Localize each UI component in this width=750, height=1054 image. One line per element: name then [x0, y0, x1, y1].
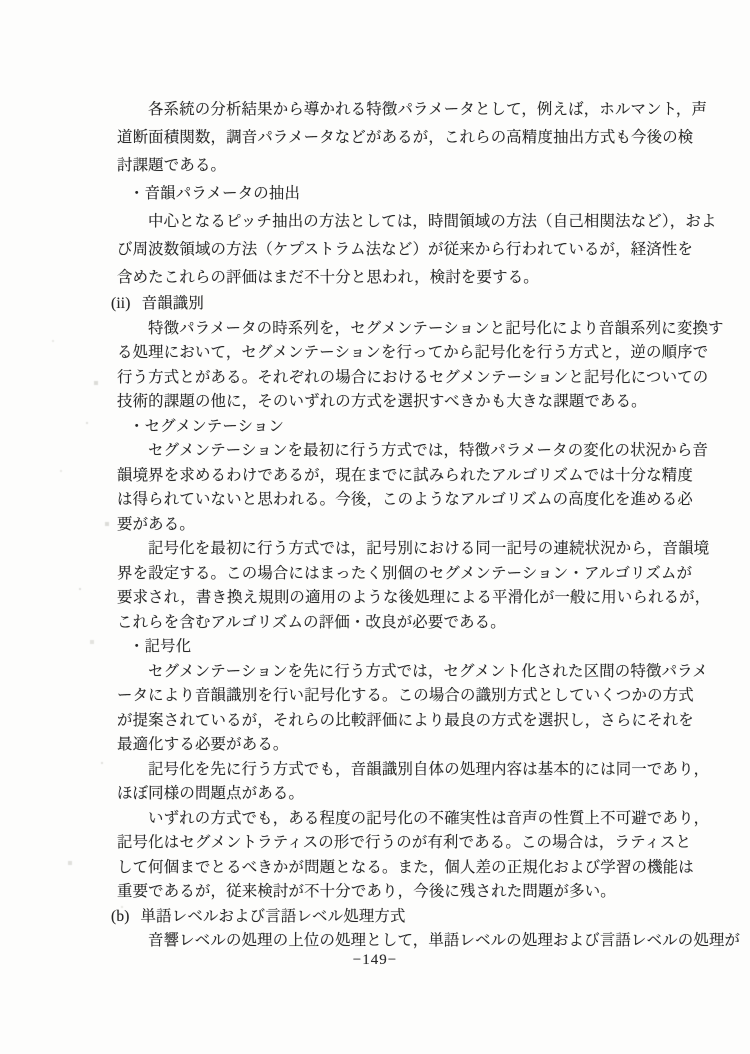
- scanned-page: 各系統の分析結果から導かれる特徴パラメータとして，例えば，ホルマント，声道断面積…: [0, 0, 750, 1054]
- text-line: 行う方式とがある。それぞれの場合におけるセグメンテーションと記号化についての: [117, 366, 717, 391]
- text-line: は得られていないと思われる。今後，このようなアルゴリズムの高度化を進める必: [117, 488, 717, 513]
- text-line: 音響レベルの処理の上位の処理として，単語レベルの処理および言語レベルの処理が: [117, 929, 717, 954]
- section-title: 音韻識別: [142, 295, 204, 312]
- text-line: 界を設定する。この場合にはまったく別個のセグメンテーション・アルゴリズムが: [117, 562, 717, 587]
- text-line: セグメンテーションを先に行う方式では，セグメント化された区間の特徴パラメ: [117, 660, 717, 685]
- text-line: ほぼ同様の問題点がある。: [117, 782, 717, 807]
- main-block: (ii)音韻識別特徴パラメータの時系列を，セグメンテーションと記号化により音韻系…: [117, 292, 717, 954]
- text-line: び周波数領域の方法（ケプストラム法など）が従来から行われているが，経済性を: [117, 236, 717, 264]
- text-line: 中心となるピッチ抽出の方法としては，時間領域の方法（自己相関法など），およ: [117, 208, 717, 236]
- text-line: 記号化はセグメントラティスの形で行うのが有利である。この場合は，ラティスと: [117, 831, 717, 856]
- text-line: ・音韻パラメータの抽出: [117, 180, 717, 208]
- section-label: (ii): [111, 295, 131, 312]
- text-line: 含めたこれらの評価はまだ不十分と思われ，検討を要する。: [117, 264, 717, 292]
- text-line: 韻境界を求めるわけであるが，現在までに試みられたアルゴリズムでは十分な精度: [117, 464, 717, 489]
- text-line: 各系統の分析結果から導かれる特徴パラメータとして，例えば，ホルマント，声: [117, 96, 717, 124]
- section-label: (b): [111, 908, 130, 925]
- text-line: 道断面積関数，調音パラメータなどがあるが，これらの高精度抽出方式も今後の検: [117, 124, 717, 152]
- text-line: 記号化を最初に行う方式では，記号別における同一記号の連続状況から，音韻境: [117, 537, 717, 562]
- intro-block: 各系統の分析結果から導かれる特徴パラメータとして，例えば，ホルマント，声道断面積…: [117, 96, 717, 292]
- text-line: ・セグメンテーション: [117, 415, 717, 440]
- text-line: 記号化を先に行う方式でも，音韻識別自体の処理内容は基本的には同一であり，: [117, 758, 717, 783]
- text-line: 要がある。: [117, 513, 717, 538]
- text-line: 最適化する必要がある。: [117, 733, 717, 758]
- text-line: して何個までとるべきかが問題となる。また，個人差の正規化および学習の機能は: [117, 856, 717, 881]
- text-line: これらを含むアルゴリズムの評価・改良が必要である。: [117, 611, 717, 636]
- text-line: 特徴パラメータの時系列を，セグメンテーションと記号化により音韻系列に変換す: [117, 317, 717, 342]
- scan-noise: [0, 0, 2, 2]
- text-line: る処理において，セグメンテーションを行ってから記号化を行う方式と，逆の順序で: [117, 341, 717, 366]
- section-heading: (ii)音韻識別: [111, 292, 717, 317]
- document-body: 各系統の分析結果から導かれる特徴パラメータとして，例えば，ホルマント，声道断面積…: [117, 96, 717, 954]
- text-line: ータにより音韻識別を行い記号化する。この場合の識別方式としていくつかの方式: [117, 684, 717, 709]
- section-title: 単語レベルおよび言語レベル処理方式: [141, 908, 406, 925]
- text-line: 要求され，書き換え規則の適用のような後処理による平滑化が一般に用いられるが，: [117, 586, 717, 611]
- text-line: セグメンテーションを最初に行う方式では，特徴パラメータの変化の状況から音: [117, 439, 717, 464]
- text-line: が提案されているが，それらの比較評価により最良の方式を選択し，さらにそれを: [117, 709, 717, 734]
- text-line: いずれの方式でも，ある程度の記号化の不確実性は音声の性質上不可避であり，: [117, 807, 717, 832]
- section-heading: (b)単語レベルおよび言語レベル処理方式: [111, 905, 717, 930]
- text-line: 討課題である。: [117, 152, 717, 180]
- text-line: ・記号化: [117, 635, 717, 660]
- text-line: 重要であるが，従来検討が不十分であり，今後に残された問題が多い。: [117, 880, 717, 905]
- page-number: −149−: [0, 952, 750, 969]
- text-line: 技術的課題の他に，そのいずれの方式を選択すべきかも大きな課題である。: [117, 390, 717, 415]
